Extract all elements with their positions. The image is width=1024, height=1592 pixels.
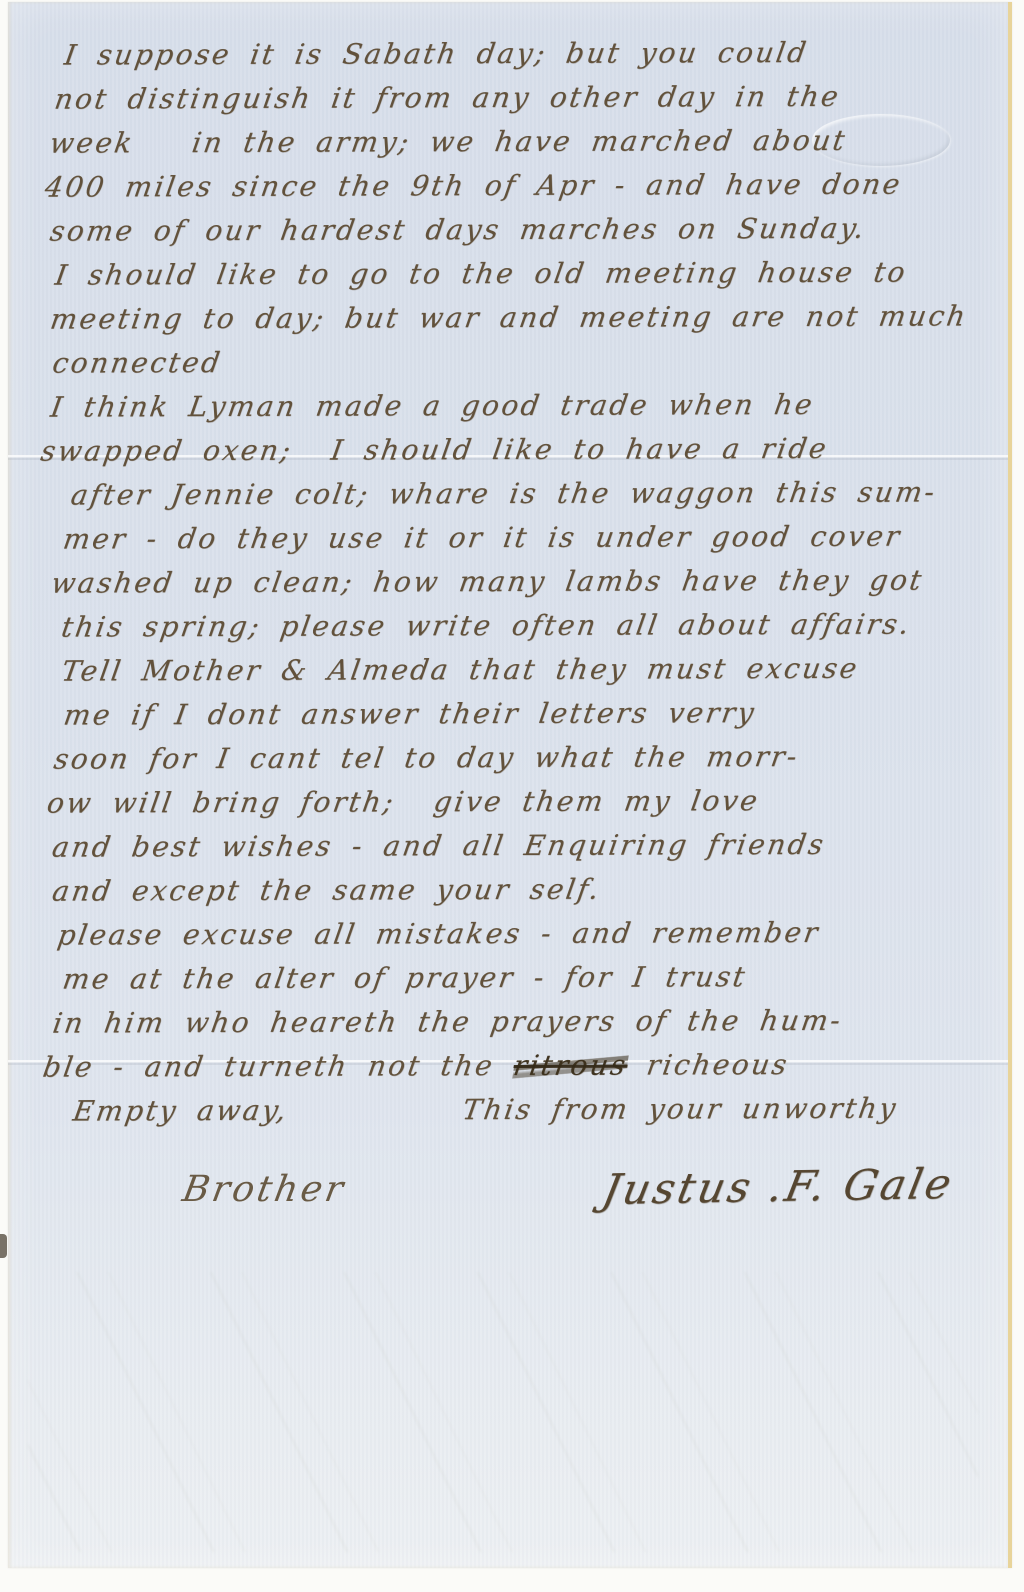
letter-line: not distinguish it from any other day in… — [51, 74, 1013, 121]
letter-line: 400 miles since the 9th of Apr - and hav… — [42, 162, 1014, 209]
letter-line: mer - do they use it or it is under good… — [60, 514, 1015, 561]
letter-line: after Jennie colt; whare is the waggon t… — [68, 470, 1015, 517]
ink-bleedthrough — [28, 1272, 978, 1552]
letter-body: I suppose it is Sabath day; but you coul… — [6, 30, 1010, 1133]
letter-line: Tell Mother & Almeda that they must excu… — [58, 646, 1015, 693]
letter-line: week in the army; we have marched about — [47, 118, 1014, 165]
letter-line: I think Lyman made a good trade when he — [47, 382, 1014, 429]
letter-line: washed up clean; how many lambs have the… — [48, 558, 1015, 605]
letter-line: me at the alter of prayer - for I trust — [59, 954, 1016, 1001]
letter-line: I should like to go to the old meeting h… — [52, 250, 1014, 297]
letter-line: and best wishes - and all Enquiring frie… — [49, 822, 1016, 869]
letter-line: some of our hardest days marches on Sund… — [47, 206, 1014, 253]
letter-line: ow will bring forth; give them my love — [44, 778, 1016, 825]
paper-edge-mark — [0, 1234, 7, 1258]
struck-out-word: ritrous — [511, 1049, 630, 1082]
letter-line: this spring; please write often all abou… — [58, 602, 1015, 649]
letter-line: Empty away, This from your unworthy — [70, 1086, 1017, 1133]
letter-line: please excuse all mistakes - and remembe… — [54, 910, 1016, 957]
letter-line: soon for I cant tel to day what the morr… — [51, 734, 1016, 781]
letter-line: swapped oxen; I should like to have a ri… — [38, 426, 1015, 473]
letter-line: in him who heareth the prayers of the hu… — [50, 998, 1017, 1045]
letter-line: and except the same your self. — [49, 866, 1016, 913]
letter-line: connected — [49, 338, 1014, 385]
closing-word: Brother — [179, 1169, 349, 1210]
letter-line: ble - and turneth not the ritrous richeo… — [40, 1042, 1017, 1089]
letter-page: I suppose it is Sabath day; but you coul… — [8, 2, 1012, 1568]
line-text: ble - and turneth not the — [41, 1049, 517, 1084]
line-text: richeous — [625, 1048, 791, 1082]
letter-line: I suppose it is Sabath day; but you coul… — [61, 30, 1013, 77]
letter-line: me if I dont answer their letters verry — [61, 690, 1016, 737]
letter-line: meeting to day; but war and meeting are … — [47, 294, 1014, 341]
closing-row: Brother Justus .F. Gale — [8, 1162, 1008, 1211]
signature: Justus .F. Gale — [599, 1159, 959, 1214]
